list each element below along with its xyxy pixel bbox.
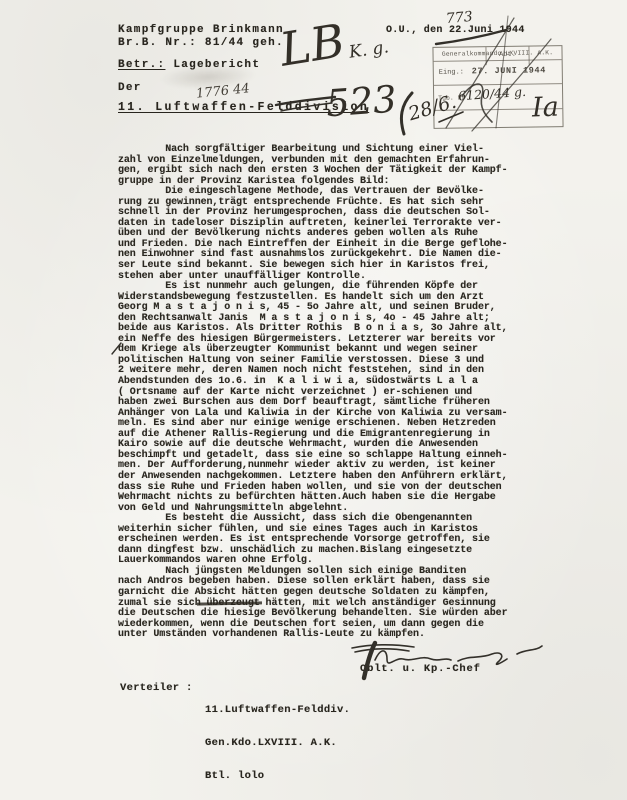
distribution-list: 11.Luftwaffen-Felddiv. Gen.Kdo.LXVIII. A… (205, 683, 350, 800)
signature-scrawl (375, 646, 542, 664)
distribution-item: Btl. lolo (205, 771, 350, 782)
kaempfen-underline (352, 645, 414, 652)
body-line: der Anwesenden nachgekommen. Letztere ha… (118, 472, 507, 483)
distribution-item: Gen.Kdo.LXVIII. A.K. (205, 738, 350, 749)
stamp-eing-label: Eing.: (439, 68, 464, 76)
distribution-item: 11.Luftwaffen-Felddiv. (205, 705, 350, 716)
body-line: ser Leute sind bekannt. Sie bewegen sich… (118, 261, 507, 272)
distribution-label: Verteiler : (120, 683, 193, 694)
body-line: Nach sorgfältiger Bearbeitung und Sichtu… (118, 145, 507, 156)
body-line: Wehrmacht nichts zu befürchten hätten.Au… (118, 493, 507, 504)
stamp-abt-label: Abt. (485, 47, 529, 66)
signature-title: Oblt. u. Kp.-Chef (360, 663, 481, 675)
scanned-document-page: Kampfgruppe Brinkmann Br.B. Nr.: 81/44 g… (0, 0, 627, 800)
annotation-abt-ia: Ia (531, 92, 559, 124)
body-line: Abendstunden des 1o.6. in K a l i w i a,… (118, 377, 507, 388)
header-unit: Kampfgruppe Brinkmann (118, 24, 284, 36)
annotation-lb: LB (276, 13, 348, 76)
header-reference-number: Br.B. Nr.: 81/44 geh. (118, 37, 284, 49)
sender-der: Der (118, 82, 142, 94)
stamp-eing-date: 27. JUNI 1944 (472, 65, 546, 76)
stamp-tgb-handwritten-value: 6120/44 g. (458, 84, 527, 103)
annotation-523: 523 (325, 78, 398, 126)
annotation-kg: K. g. (348, 37, 390, 62)
body-text: Nach sorgfältiger Bearbeitung und Sichtu… (118, 145, 507, 641)
annotation-773: 773 (445, 9, 473, 27)
strikethrough-word: überzeugt (201, 598, 260, 609)
body-line: unter Umständen vorhandenen Rallis-Leute… (118, 630, 507, 641)
dateline: O.U., den 22.Juni 1944 (386, 25, 525, 36)
